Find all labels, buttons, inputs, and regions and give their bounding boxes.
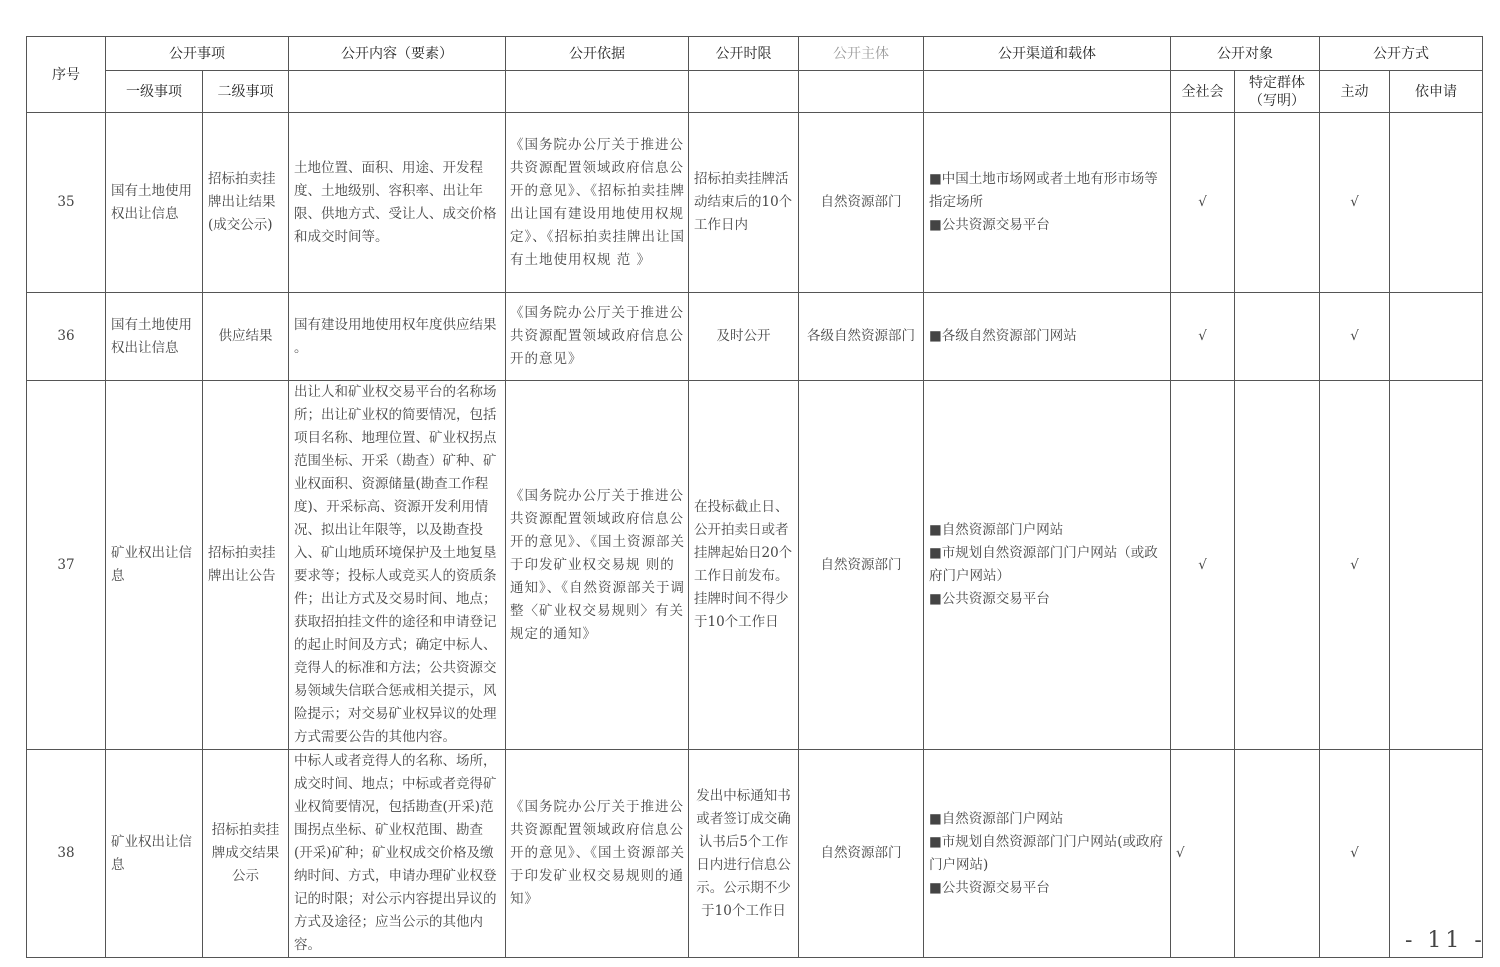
check-method-request bbox=[1390, 293, 1483, 381]
check-audience-specific bbox=[1235, 293, 1320, 381]
row-level2: 招标拍卖挂牌成交结果公示 bbox=[203, 750, 289, 958]
channel-item: ■市规划自然资源部门门户网站（或政府门户网站） bbox=[929, 542, 1165, 588]
header-audience-all: 全社会 bbox=[1171, 71, 1235, 113]
row-subject: 自然资源部门 bbox=[799, 113, 924, 293]
header-audience: 公开对象 bbox=[1171, 37, 1320, 71]
row-basis: 《国务院办公厅关于推进公共资源配置领域政府信息公开的意见》、《国土资源部关于印发… bbox=[506, 750, 689, 958]
channel-item: ■各级自然资源部门网站 bbox=[929, 325, 1165, 348]
row-content: 出让人和矿业权交易平台的名称场所；出让矿业权的简要情况，包括项目名称、地理位置、… bbox=[289, 381, 506, 750]
table-row: 36 国有土地使用权出让信息 供应结果 国有建设用地使用权年度供应结果 。 《国… bbox=[27, 293, 1483, 381]
row-time-limit: 及时公开 bbox=[689, 293, 799, 381]
check-audience-specific bbox=[1235, 113, 1320, 293]
row-basis: 《国务院办公厅关于推进公共资源配置领域政府信息公开的意见》 bbox=[506, 293, 689, 381]
row-seq: 37 bbox=[27, 381, 106, 750]
row-level2: 招标拍卖挂牌出让结果(成交公示) bbox=[203, 113, 289, 293]
check-audience-all: √ bbox=[1171, 113, 1235, 293]
check-method-active: √ bbox=[1320, 750, 1390, 958]
channel-item: ■公共资源交易平台 bbox=[929, 214, 1165, 237]
row-content: 中标人或者竞得人的名称、场所，成交时间、地点；中标或者竞得矿业权简要情况，包括勘… bbox=[289, 750, 506, 958]
header-basis: 公开依据 bbox=[506, 37, 689, 71]
row-channels: ■自然资源部门户网站 ■市规划自然资源部门门户网站(或政府门户网站) ■公共资源… bbox=[924, 750, 1171, 958]
header-channel: 公开渠道和载体 bbox=[924, 37, 1171, 71]
row-subject: 自然资源部门 bbox=[799, 750, 924, 958]
row-seq: 36 bbox=[27, 293, 106, 381]
row-channels: ■自然资源部门户网站 ■市规划自然资源部门门户网站（或政府门户网站） ■公共资源… bbox=[924, 381, 1171, 750]
row-seq: 38 bbox=[27, 750, 106, 958]
table-row: 37 矿业权出让信息 招标拍卖挂牌出让公告 出让人和矿业权交易平台的名称场所；出… bbox=[27, 381, 1483, 750]
row-subject: 各级自然资源部门 bbox=[799, 293, 924, 381]
channel-item: ■自然资源部门户网站 bbox=[929, 808, 1165, 831]
row-content: 国有建设用地使用权年度供应结果 。 bbox=[289, 293, 506, 381]
check-method-active: √ bbox=[1320, 381, 1390, 750]
disclosure-table: 序号 公开事项 公开内容（要素） 公开依据 公开时限 公开主体 公开渠道和载体 … bbox=[26, 36, 1483, 958]
check-audience-all: √ bbox=[1171, 381, 1235, 750]
check-audience-specific bbox=[1235, 750, 1320, 958]
row-channels: ■中国土地市场网或者土地有形市场等指定场所 ■公共资源交易平台 bbox=[924, 113, 1171, 293]
header-audience-specific: 特定群体（写明） bbox=[1235, 71, 1320, 113]
row-level1: 矿业权出让信息 bbox=[106, 381, 203, 750]
check-audience-all: √ bbox=[1171, 293, 1235, 381]
row-level1: 国有土地使用权出让信息 bbox=[106, 293, 203, 381]
page-number: - 11 - bbox=[1405, 928, 1486, 953]
header-seq: 序号 bbox=[27, 37, 106, 113]
row-basis: 《国务院办公厅关于推进公共资源配置领域政府信息公开的意见》、《国土资源部关于印发… bbox=[506, 381, 689, 750]
row-level2: 供应结果 bbox=[203, 293, 289, 381]
check-audience-all: √ bbox=[1171, 750, 1235, 958]
header-level2: 二级事项 bbox=[203, 71, 289, 113]
table-row: 35 国有土地使用权出让信息 招标拍卖挂牌出让结果(成交公示) 土地位置、面积、… bbox=[27, 113, 1483, 293]
channel-item: ■公共资源交易平台 bbox=[929, 588, 1165, 611]
row-level1: 国有土地使用权出让信息 bbox=[106, 113, 203, 293]
row-subject: 自然资源部门 bbox=[799, 381, 924, 750]
header-subject-blank bbox=[799, 71, 924, 113]
row-time-limit: 发出中标通知书或者签订成交确认书后5个工作日内进行信息公示。公示期不少于10个工… bbox=[689, 750, 799, 958]
header-matters: 公开事项 bbox=[106, 37, 289, 71]
header-time-blank bbox=[689, 71, 799, 113]
header-channel-blank bbox=[924, 71, 1171, 113]
row-time-limit: 招标拍卖挂牌活动结束后的10个工作日内 bbox=[689, 113, 799, 293]
header-level1: 一级事项 bbox=[106, 71, 203, 113]
check-method-request bbox=[1390, 750, 1483, 958]
header-method: 公开方式 bbox=[1320, 37, 1483, 71]
header-time-limit: 公开时限 bbox=[689, 37, 799, 71]
header-content-blank bbox=[289, 71, 506, 113]
table-row: 38 矿业权出让信息 招标拍卖挂牌成交结果公示 中标人或者竞得人的名称、场所，成… bbox=[27, 750, 1483, 958]
row-channels: ■各级自然资源部门网站 bbox=[924, 293, 1171, 381]
channel-item: ■中国土地市场网或者土地有形市场等指定场所 bbox=[929, 168, 1165, 214]
header-basis-blank bbox=[506, 71, 689, 113]
row-level2: 招标拍卖挂牌出让公告 bbox=[203, 381, 289, 750]
channel-item: ■市规划自然资源部门门户网站(或政府门户网站) bbox=[929, 831, 1165, 877]
row-content: 土地位置、面积、用途、开发程度、土地级别、容积率、出让年限、供地方式、受让人、成… bbox=[289, 113, 506, 293]
channel-item: ■公共资源交易平台 bbox=[929, 877, 1165, 900]
row-level1: 矿业权出让信息 bbox=[106, 750, 203, 958]
check-method-active: √ bbox=[1320, 293, 1390, 381]
header-method-active: 主动 bbox=[1320, 71, 1390, 113]
header-subject: 公开主体 bbox=[799, 37, 924, 71]
row-basis: 《国务院办公厅关于推进公共资源配置领域政府信息公开的意见》、《招标拍卖挂牌出让国… bbox=[506, 113, 689, 293]
row-time-limit: 在投标截止日、公开拍卖日或者挂牌起始日20个工作日前发布。挂牌时间不得少于10个… bbox=[689, 381, 799, 750]
header-method-request: 依申请 bbox=[1390, 71, 1483, 113]
channel-item: ■自然资源部门户网站 bbox=[929, 519, 1165, 542]
check-method-active: √ bbox=[1320, 113, 1390, 293]
check-method-request bbox=[1390, 113, 1483, 293]
row-seq: 35 bbox=[27, 113, 106, 293]
check-audience-specific bbox=[1235, 381, 1320, 750]
header-content: 公开内容（要素） bbox=[289, 37, 506, 71]
check-method-request bbox=[1390, 381, 1483, 750]
